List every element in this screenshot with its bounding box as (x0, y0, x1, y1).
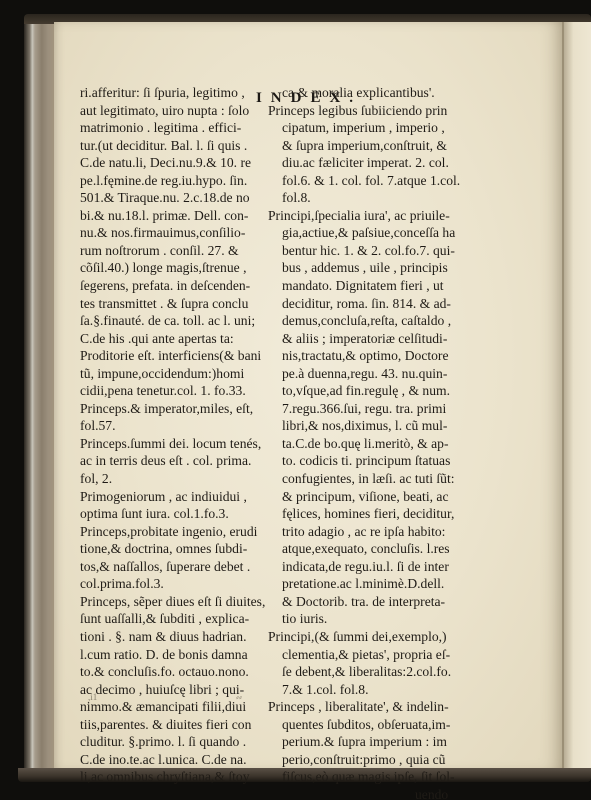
footer-mark: ⸗⸗ (236, 692, 242, 702)
index-line: to. codicis ti. principum ſtatuas (268, 452, 513, 470)
index-line: fęlices, homines fieri, deciditur, (268, 505, 513, 523)
index-line: quentes ſubditos, obſeruata,im- (268, 716, 513, 734)
index-entry-start: Princeps legibus ſubiiciendo prin (268, 102, 513, 120)
index-line: fol.8. (268, 189, 513, 207)
index-column-right: ca & moralia explicantibus'.Princeps leg… (268, 84, 513, 800)
index-line: trito adagio , ac re ipſa habito: (268, 523, 513, 541)
index-line: & aliis ; imperatoriæ celſitudi- (268, 330, 513, 348)
index-line: diu.ac fæliciter imperat. 2. col. (268, 154, 513, 172)
page-stack-edges (24, 24, 56, 770)
index-entry-start: Princeps , liberalitate', & indelin- (268, 698, 513, 716)
index-line: confugientes, in læſi. ac tuti ſũt: (268, 470, 513, 488)
index-line: pe.à duenna,regu. 43. nu.quin- (268, 365, 513, 383)
index-line: fiſcus,eò quæ magis ipſe, ſit ſol- (268, 768, 513, 786)
index-line: to,vſque,ad fin.regulę , & num. (268, 382, 513, 400)
index-line: nis,tractatu,& optimo, Doctore (268, 347, 513, 365)
index-line: 7.regu.366.ſui, regu. tra. primi (268, 400, 513, 418)
index-line: deciditur, roma. ſin. 814. & ad- (268, 295, 513, 313)
index-line: bus , addemus , uile , principis (268, 259, 513, 277)
index-line: bentur hic. 1. & 2. col.fo.7. qui- (268, 242, 513, 260)
index-line: & ſupra imperium,conſtruit, & (268, 137, 513, 155)
index-line: gia,actiue,& paſsiue,conceſſa ha (268, 224, 513, 242)
index-line: mandato. Dignitatem fieri , ut (268, 277, 513, 295)
index-line: perio,conſtruit:primo , quia cũ (268, 751, 513, 769)
index-line: fol.6. & 1. col. fol. 7.atque 1.col. (268, 172, 513, 190)
index-line: ſe debent,& liberalitas:2.col.fo. (268, 663, 513, 681)
index-line: atque,exequato, concluſis. l.res (268, 540, 513, 558)
index-line: tio iuris. (268, 610, 513, 628)
index-line: perium.& ſupra imperium : im (268, 733, 513, 751)
index-line: & Doctorib. tra. de interpreta- (268, 593, 513, 611)
index-line: clementia,& pietas', propria eſ- (268, 646, 513, 664)
index-line: libri,& nos,diximus, l. cũ mul- (268, 417, 513, 435)
index-line: ca & moralia explicantibus'. (268, 84, 513, 102)
index-entry-start: Principi,(& ſummi dei,exemplo,) (268, 628, 513, 646)
facing-page-edge (564, 22, 591, 770)
footer-mark: ,i1 (88, 692, 97, 702)
index-line: pretatione.ac l.minimè.D.dell. (268, 575, 513, 593)
index-entry-start: Principi,ſpecialia iura', ac priuile- (268, 207, 513, 225)
index-line: ta.C.de bo.quę li.meritò, & ap- (268, 435, 513, 453)
index-line: demus,concluſa,reſta, caſtaldo , (268, 312, 513, 330)
index-line: indicata,de regu.iu.l. ſi de inter (268, 558, 513, 576)
index-line: cipatum, imperium , imperio , (268, 119, 513, 137)
index-line: uendo (268, 786, 513, 800)
index-line: & principum, viſione, beati, ac (268, 488, 513, 506)
index-line: 7.& 1.col. fol.8. (268, 681, 513, 699)
